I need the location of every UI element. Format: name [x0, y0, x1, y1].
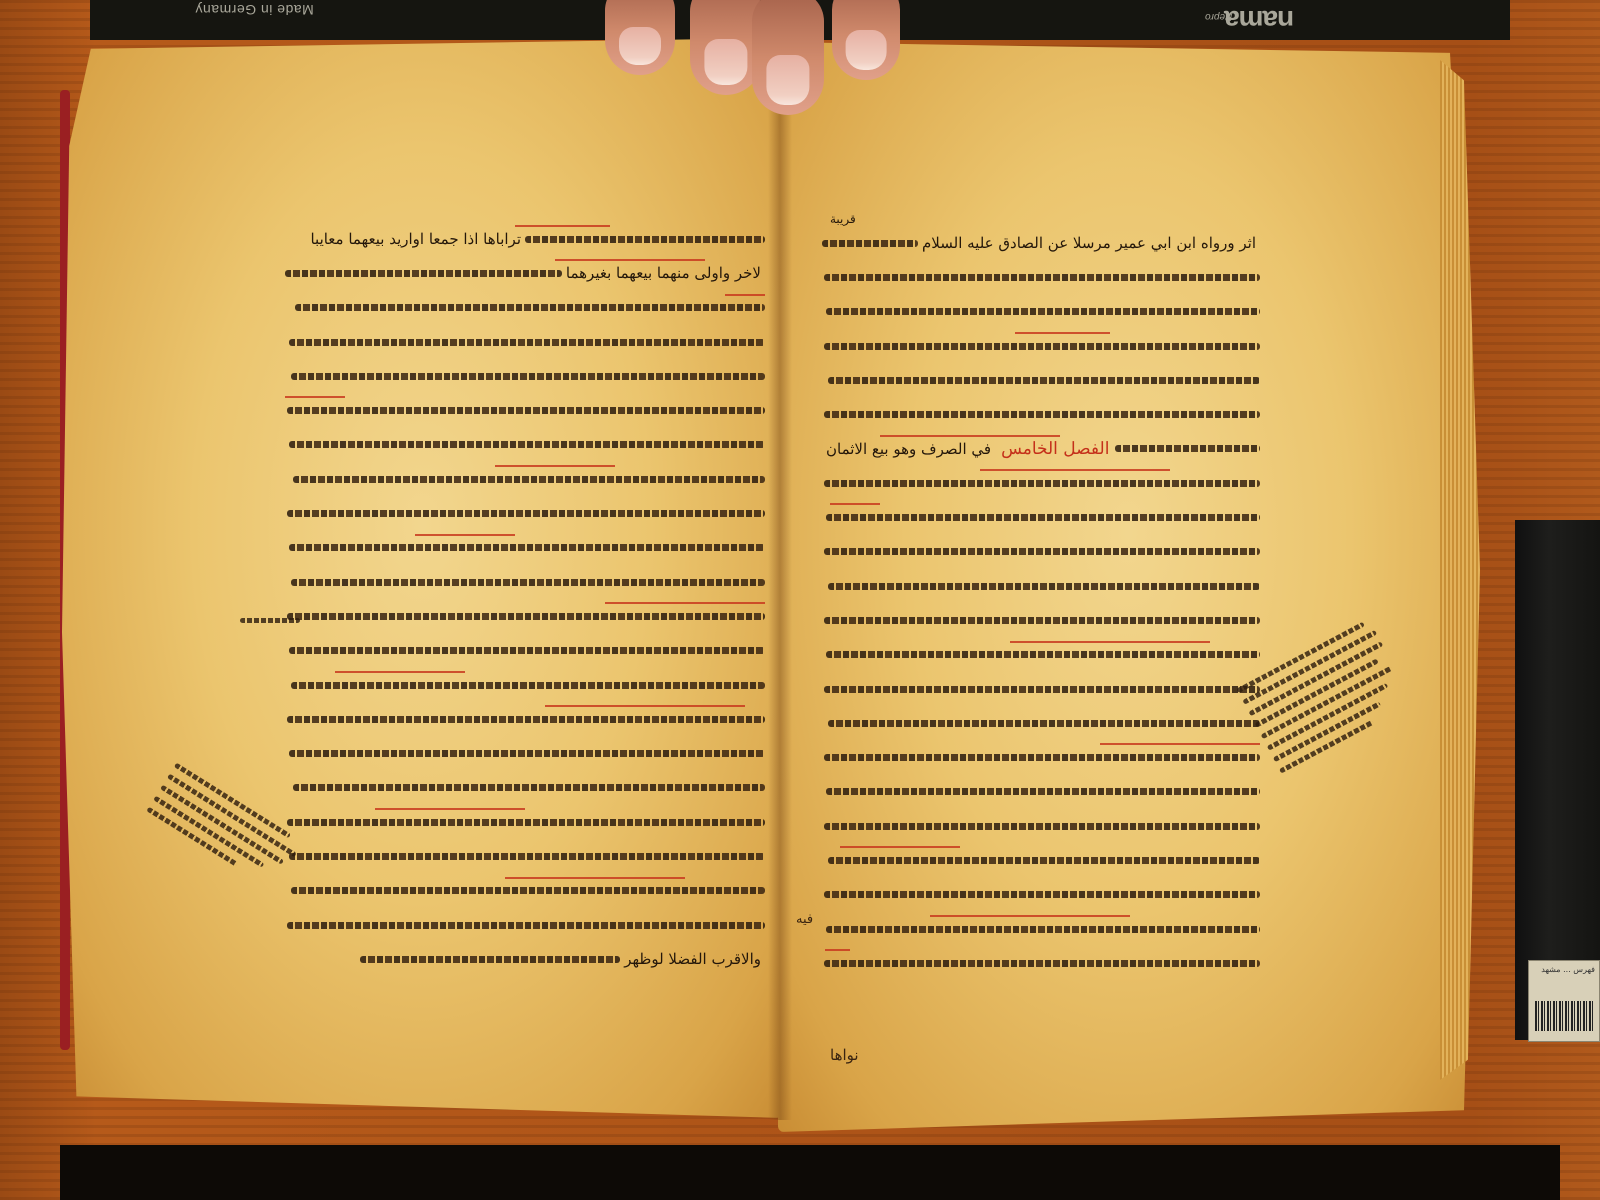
text-line [822, 260, 1260, 294]
finger-index [605, 0, 675, 75]
barcode-icon [1535, 1001, 1593, 1031]
text-line [822, 329, 1260, 363]
text-line [285, 393, 765, 427]
chapter-heading-rubric: الفصل الخامس [1001, 439, 1109, 459]
text-line [822, 569, 1260, 603]
text-line [822, 775, 1260, 809]
text-line [285, 634, 765, 668]
text-line [285, 565, 765, 599]
catalog-slip-text: فهرس ... مشهد [1533, 965, 1595, 975]
finger-ring [752, 0, 824, 115]
left-last-line: والاقرب الفضلا لوظهر [624, 950, 761, 968]
text-line [822, 706, 1260, 740]
text-line [822, 912, 1260, 946]
text-line [822, 946, 1260, 980]
left-page-text: تراباها اذا جمعا اواريد بيعهما معايبا لا… [285, 222, 765, 977]
top-marginal-word: قريبة [830, 212, 856, 226]
fingernail [704, 39, 747, 85]
text-line [285, 291, 765, 325]
text-line [822, 809, 1260, 843]
copy-stand-base [60, 1145, 1560, 1200]
text-line [285, 908, 765, 942]
text-line [285, 839, 765, 873]
stand-label-sub: Repro [1205, 11, 1232, 22]
text-line [822, 295, 1260, 329]
text-line [285, 805, 765, 839]
text-line [285, 702, 765, 736]
text-line [285, 771, 765, 805]
text-line [822, 397, 1260, 431]
text-line [285, 736, 765, 770]
text-line [285, 668, 765, 702]
text-line: اثر ورواه ابن ابي عمير مرسلا عن الصادق ع… [822, 226, 1260, 260]
text-line [285, 874, 765, 908]
finger-little [832, 0, 900, 80]
fingernail [766, 55, 809, 105]
stand-label-made-in-germany: Made in Germany [195, 2, 314, 18]
text-line [285, 428, 765, 462]
text-line [822, 638, 1260, 672]
fingernail [846, 30, 887, 70]
catchword: فيه [796, 912, 813, 927]
text-line [285, 496, 765, 530]
text-line: في الصرف وهو بيع الاثمان الفصل الخامس [822, 432, 1260, 466]
text-line [285, 359, 765, 393]
text-line [822, 535, 1260, 569]
right-first-line: اثر ورواه ابن ابي عمير مرسلا عن الصادق ع… [922, 234, 1256, 252]
book-gutter [768, 60, 792, 1120]
left-second-line: لاخر واولى منهما بيعهما بغيرهما [566, 264, 761, 282]
fingernail [619, 27, 661, 65]
left-margin-small-note [240, 610, 300, 631]
text-line [822, 878, 1260, 912]
rubric-context: في الصرف وهو بيع الاثمان [826, 440, 991, 458]
text-line [285, 531, 765, 565]
folio-note: نواها [830, 1046, 859, 1064]
text-line [285, 462, 765, 496]
text-line [822, 500, 1260, 534]
left-first-line: تراباها اذا جمعا اواريد بيعهما معايبا [310, 230, 521, 248]
stand-label-brand: nama [1225, 4, 1294, 36]
text-line [822, 672, 1260, 706]
text-line [822, 843, 1260, 877]
text-line: تراباها اذا جمعا اواريد بيعهما معايبا [285, 222, 765, 256]
right-page-text: اثر ورواه ابن ابي عمير مرسلا عن الصادق ع… [822, 226, 1260, 981]
text-line: والاقرب الفضلا لوظهر [285, 942, 765, 976]
text-line [285, 599, 765, 633]
text-line [822, 466, 1260, 500]
text-line [285, 325, 765, 359]
text-line: لاخر واولى منهما بيعهما بغيرهما [285, 256, 765, 290]
catalog-slip: فهرس ... مشهد [1528, 960, 1600, 1042]
text-line [822, 740, 1260, 774]
text-line [822, 363, 1260, 397]
text-line [822, 603, 1260, 637]
